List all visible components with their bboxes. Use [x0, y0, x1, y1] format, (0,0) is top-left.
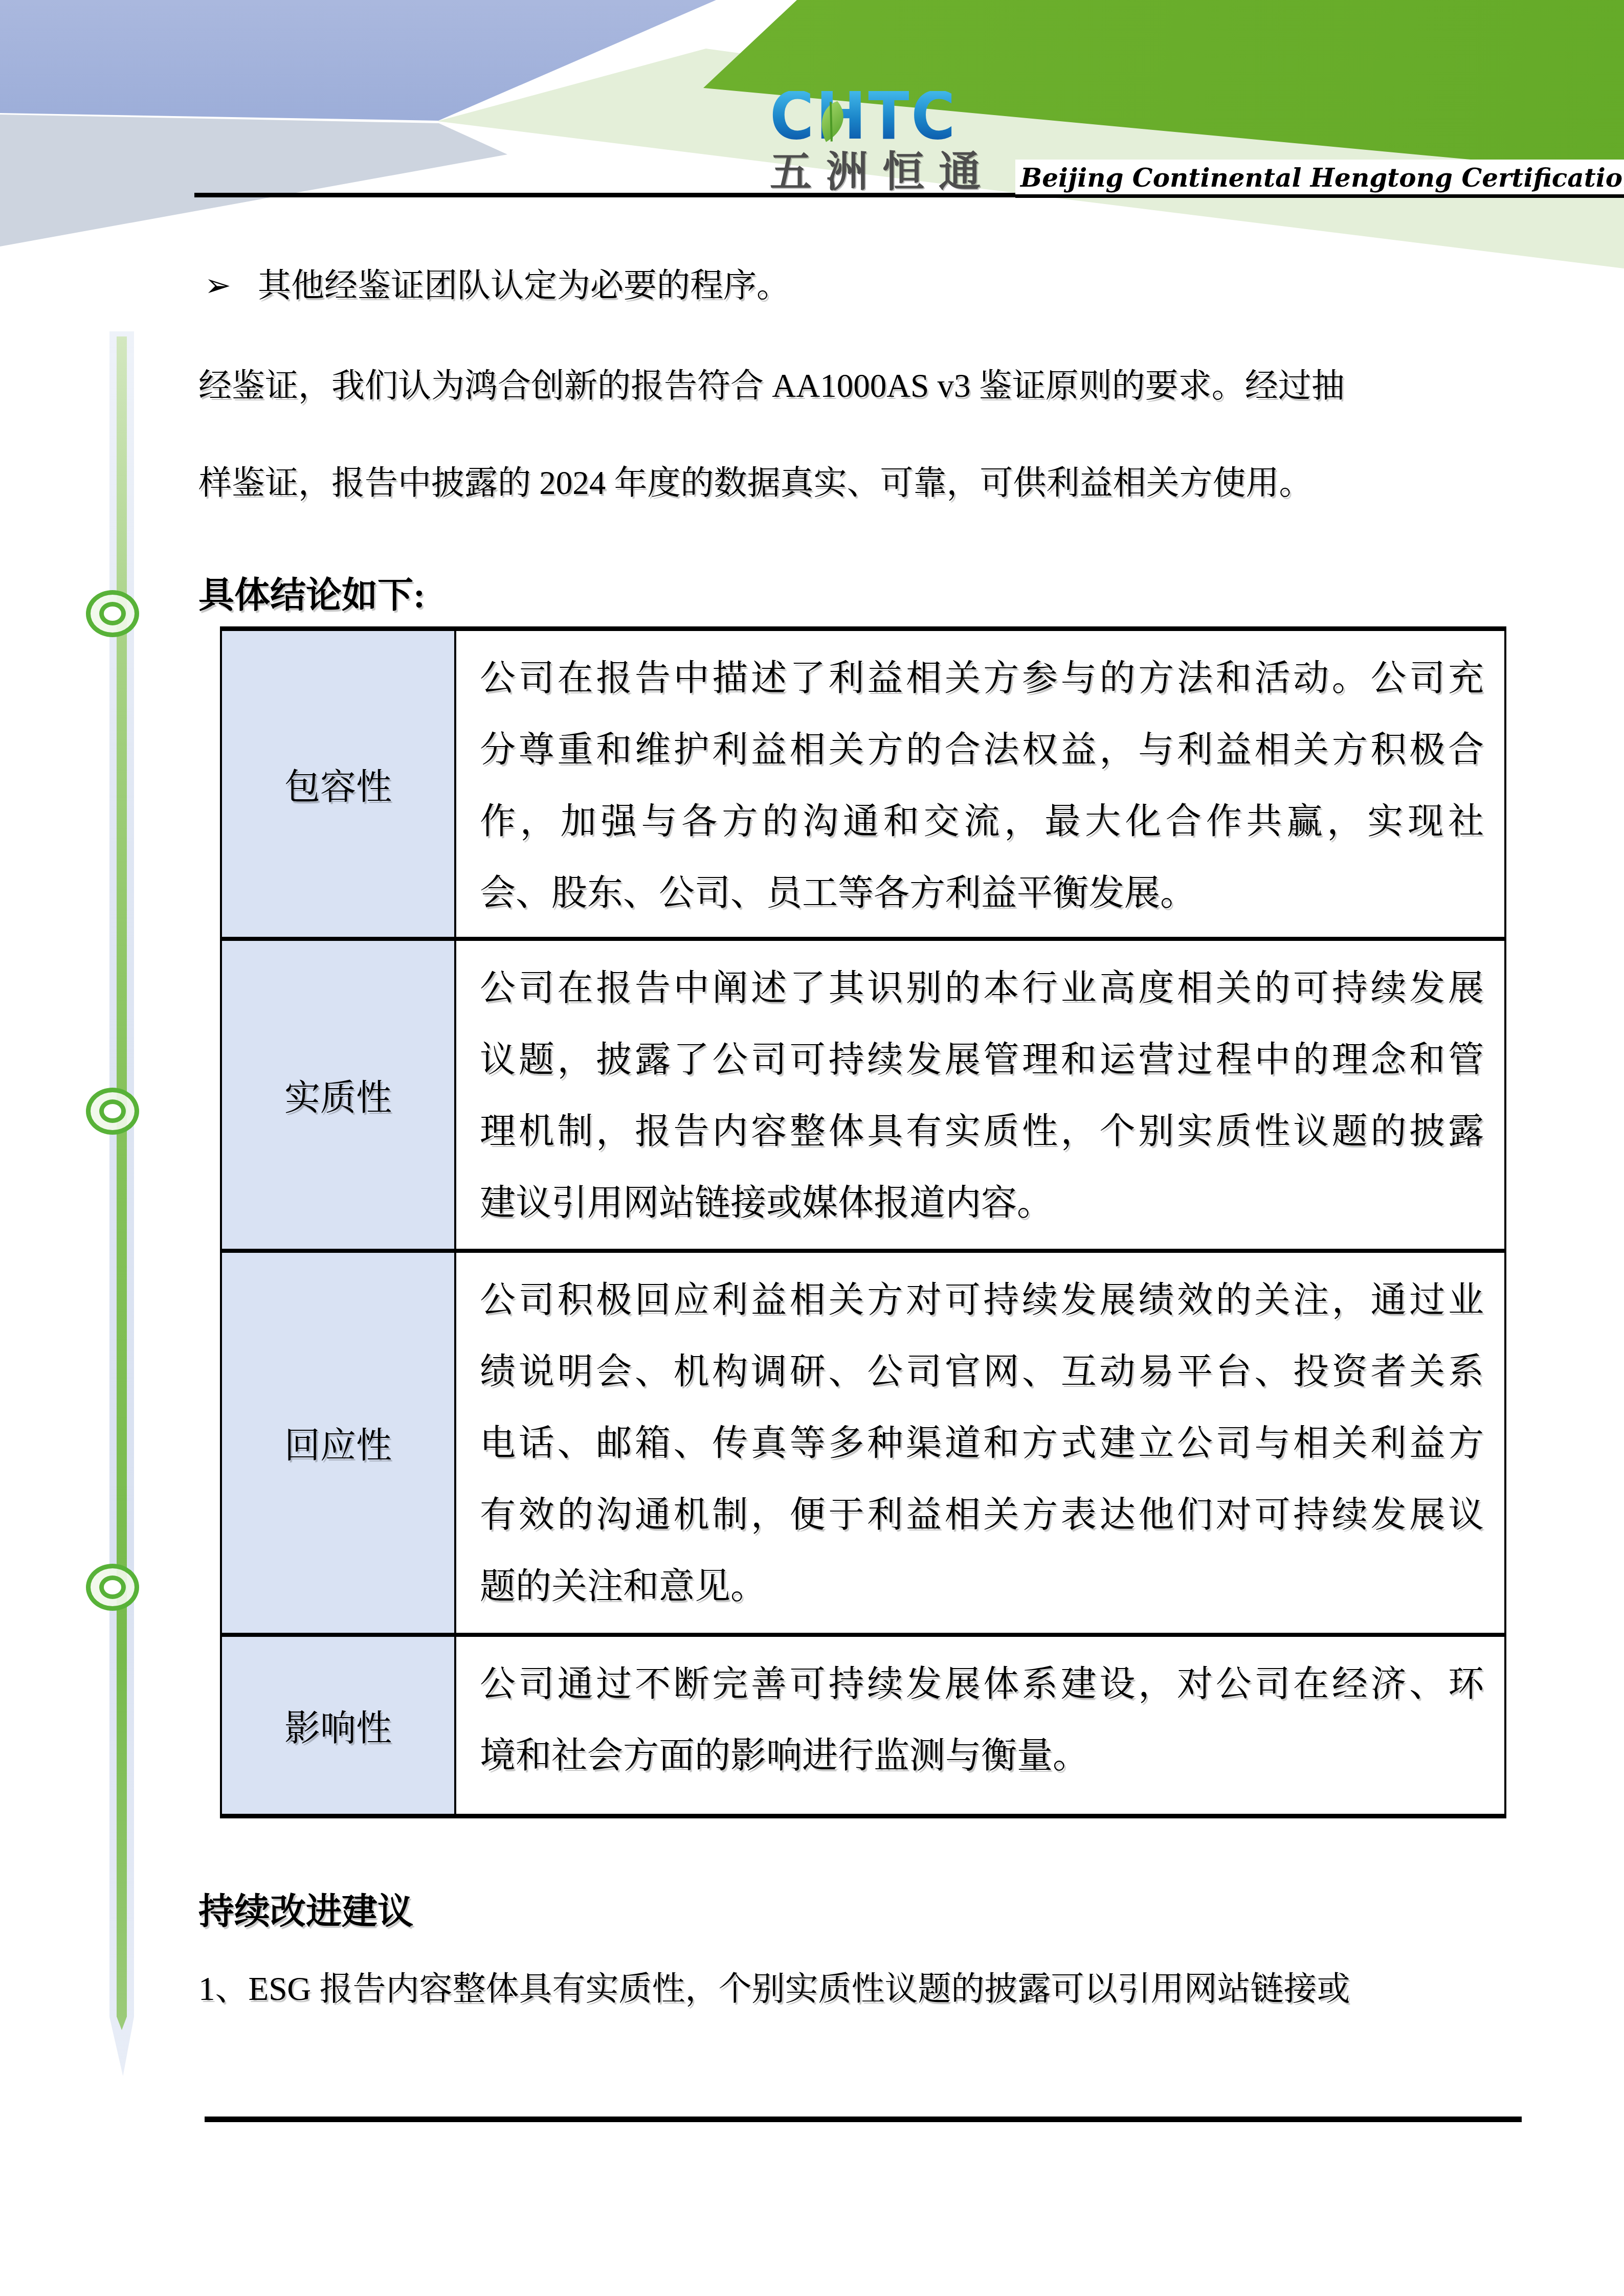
- cell-line: 建议引用网站链接或媒体报道内容。: [480, 1168, 1484, 1240]
- cell-line: 议题，披露了公司可持续发展管理和运营过程中的理念和管: [480, 1025, 1484, 1096]
- cell-line: 有效的沟通机制，便于利益相关方表达他们对可持续发展议: [480, 1480, 1484, 1551]
- cell-line: 理机制，报告内容整体具有实质性，个别实质性议题的披露: [480, 1096, 1484, 1168]
- cell-line: 绩说明会、机构调研、公司官网、互动易平台、投资者关系: [480, 1337, 1484, 1408]
- cell-line: 电话、邮箱、传真等多种渠道和方式建立公司与相关利益方: [480, 1408, 1484, 1480]
- footer-rule: [205, 2117, 1522, 2122]
- row-content: 公司通过不断完善可持续发展体系建设，对公司在经济、环 境和社会方面的影响进行监测…: [456, 1637, 1504, 1814]
- cell-line: 公司积极回应利益相关方对可持续发展绩效的关注，通过业: [480, 1265, 1484, 1337]
- green-ring-decoration: [86, 590, 139, 637]
- intro-line-1: 经鉴证，我们认为鸿合创新的报告符合 AA1000AS v3 鉴证原则的要求。经过…: [198, 364, 1528, 408]
- bullet-row: ➢ 其他经鉴证团队认定为必要的程序。: [205, 264, 790, 308]
- suggestion-line-1: 1、ESG 报告内容整体具有实质性，个别实质性议题的披露可以引用网站链接或: [198, 1962, 1350, 2010]
- suggestion-heading: 持续改进建议: [198, 1883, 413, 1934]
- arrow-bullet-icon: ➢: [205, 264, 231, 308]
- intro-line-2: 样鉴证，报告中披露的 2024 年度的数据真实、可靠，可供利益相关方使用。: [198, 461, 1528, 505]
- table-row: 影响性 公司通过不断完善可持续发展体系建设，对公司在经济、环 境和社会方面的影响…: [222, 1637, 1504, 1814]
- table-row: 回应性 公司积极回应利益相关方对可持续发展绩效的关注，通过业 绩说明会、机构调研…: [222, 1253, 1504, 1637]
- company-name-english: Beijing Continental Hengtong Certificati…: [1015, 160, 1624, 198]
- green-ring-inner: [99, 602, 126, 625]
- logo-chinese-name: 五洲恒通: [770, 151, 995, 193]
- report-page: CHTC 五洲恒通 Beijing Continental Hengtong C…: [0, 0, 1624, 2296]
- conclusion-table: 包容性 公司在报告中描述了利益相关方参与的方法和活动。公司充 分尊重和维护利益相…: [220, 626, 1506, 1818]
- cell-line: 公司通过不断完善可持续发展体系建设，对公司在经济、环: [480, 1649, 1484, 1721]
- table-row: 包容性 公司在报告中描述了利益相关方参与的方法和活动。公司充 分尊重和维护利益相…: [222, 631, 1504, 941]
- company-logo: CHTC 五洲恒通: [770, 91, 995, 193]
- cell-line: 公司在报告中描述了利益相关方参与的方法和活动。公司充: [480, 643, 1484, 715]
- cell-line: 境和社会方面的影响进行监测与衡量。: [480, 1721, 1484, 1792]
- row-label: 影响性: [222, 1637, 456, 1814]
- row-content: 公司积极回应利益相关方对可持续发展绩效的关注，通过业 绩说明会、机构调研、公司官…: [456, 1253, 1504, 1633]
- logo-text: CHTC: [770, 91, 977, 142]
- row-label: 回应性: [222, 1253, 456, 1633]
- cell-line: 题的关注和意见。: [480, 1551, 1484, 1623]
- row-content: 公司在报告中描述了利益相关方参与的方法和活动。公司充 分尊重和维护利益相关方的合…: [456, 631, 1504, 937]
- green-ring-inner: [99, 1099, 126, 1123]
- row-label: 实质性: [222, 941, 456, 1249]
- table-row: 实质性 公司在报告中阐述了其识别的本行业高度相关的可持续发展 议题，披露了公司可…: [222, 941, 1504, 1253]
- row-content: 公司在报告中阐述了其识别的本行业高度相关的可持续发展 议题，披露了公司可持续发展…: [456, 941, 1504, 1249]
- cell-line: 公司在报告中阐述了其识别的本行业高度相关的可持续发展: [480, 953, 1484, 1025]
- bullet-text: 其他经鉴证团队认定为必要的程序。: [258, 264, 790, 308]
- cell-line: 会、股东、公司、员工等各方利益平衡发展。: [480, 858, 1484, 930]
- green-ring-decoration: [86, 1564, 139, 1611]
- cell-line: 作，加强与各方的沟通和交流，最大化合作共赢，实现社: [480, 786, 1484, 858]
- green-ring-inner: [99, 1575, 126, 1599]
- conclusion-heading: 具体结论如下:: [198, 567, 425, 618]
- leaf-icon: [811, 98, 851, 145]
- green-ring-decoration: [86, 1088, 139, 1135]
- row-label: 包容性: [222, 631, 456, 937]
- cell-line: 分尊重和维护利益相关方的合法权益，与利益相关方积极合: [480, 715, 1484, 786]
